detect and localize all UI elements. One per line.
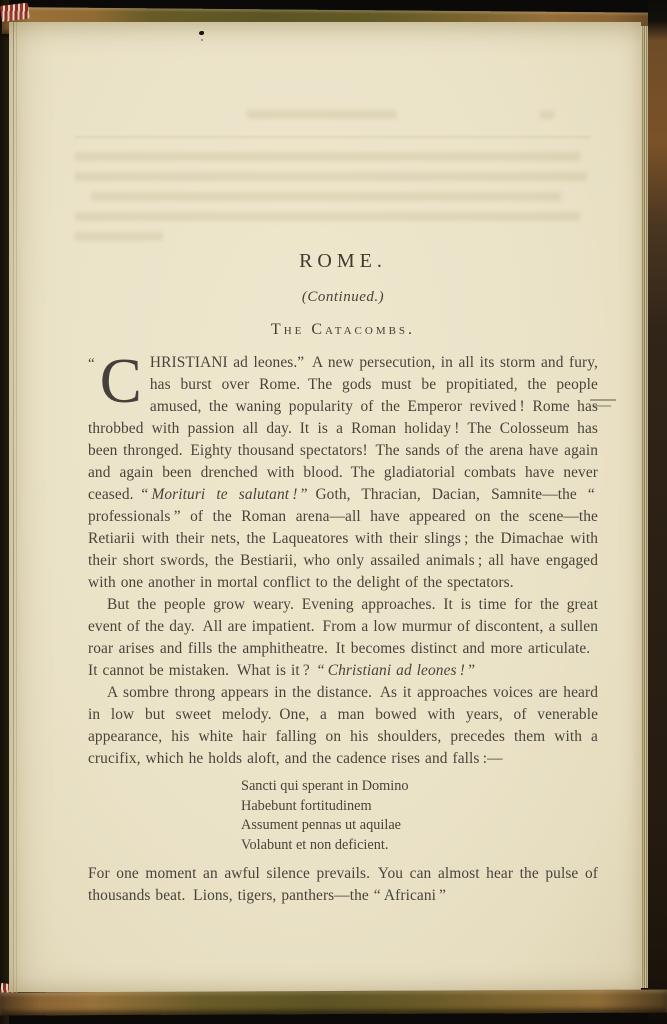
gutter-crease (16, 22, 17, 992)
drop-cap: “C (88, 354, 142, 413)
show-through-line (75, 232, 163, 241)
show-through-header (247, 110, 397, 119)
book-page: ROME. (Continued.) The Catacombs. “CHRIS… (9, 22, 641, 992)
show-through-line (75, 152, 580, 161)
verse-line: Assument pennas ut aquilae (241, 816, 598, 836)
latin-verse: Sancti qui sperant in DominoHabebunt for… (241, 777, 598, 855)
headband-top (0, 3, 30, 22)
body-text: “CHRISTIANI ad leones.” A new persecutio… (88, 352, 598, 907)
gutter-crease (13, 22, 14, 992)
photographed-book: ROME. (Continued.) The Catacombs. “CHRIS… (0, 0, 667, 1024)
continued-note: (Continued.) (88, 289, 598, 306)
text-run: For one moment an awful silence prevails… (88, 865, 598, 904)
page-text: ROME. (Continued.) The Catacombs. “CHRIS… (88, 250, 598, 907)
text-run: HRISTIANI ad leones.” A new persecution,… (88, 354, 598, 503)
ink-speck (201, 39, 203, 41)
text-run: A sombre throng appears in the distance.… (88, 684, 598, 767)
paragraph: “CHRISTIANI ad leones.” A new persecutio… (88, 352, 598, 594)
paragraph: A sombre throng appears in the distance.… (88, 682, 598, 770)
text-run: ” (465, 662, 475, 679)
show-through-page-number (540, 111, 554, 119)
verse-line: Habebunt fortitudinem (241, 797, 598, 817)
open-quote: “ (88, 354, 95, 374)
cover-bottom-edge (0, 990, 667, 1016)
verse-line: Volabunt et non deficient. (241, 836, 598, 856)
chapter-title: ROME. (88, 250, 598, 273)
book-spine-edge (0, 0, 9, 1024)
show-through-line (91, 192, 561, 201)
italic-phrase: Christiani ad leones ! (328, 662, 465, 679)
show-through-line (75, 212, 580, 221)
ink-dot (199, 31, 204, 35)
italic-phrase: Morituri te salutant ! (151, 486, 297, 503)
show-through-rule (75, 136, 591, 138)
cover-right-edge (648, 0, 667, 1024)
paragraph: But the people grow weary. Evening appro… (88, 594, 598, 682)
drop-cap-letter: C (100, 354, 142, 409)
paragraph: For one moment an awful silence prevails… (88, 863, 598, 907)
section-title: The Catacombs. (88, 321, 598, 339)
show-through-line (75, 172, 587, 181)
verse-line: Sancti qui sperant in Domino (241, 777, 598, 797)
